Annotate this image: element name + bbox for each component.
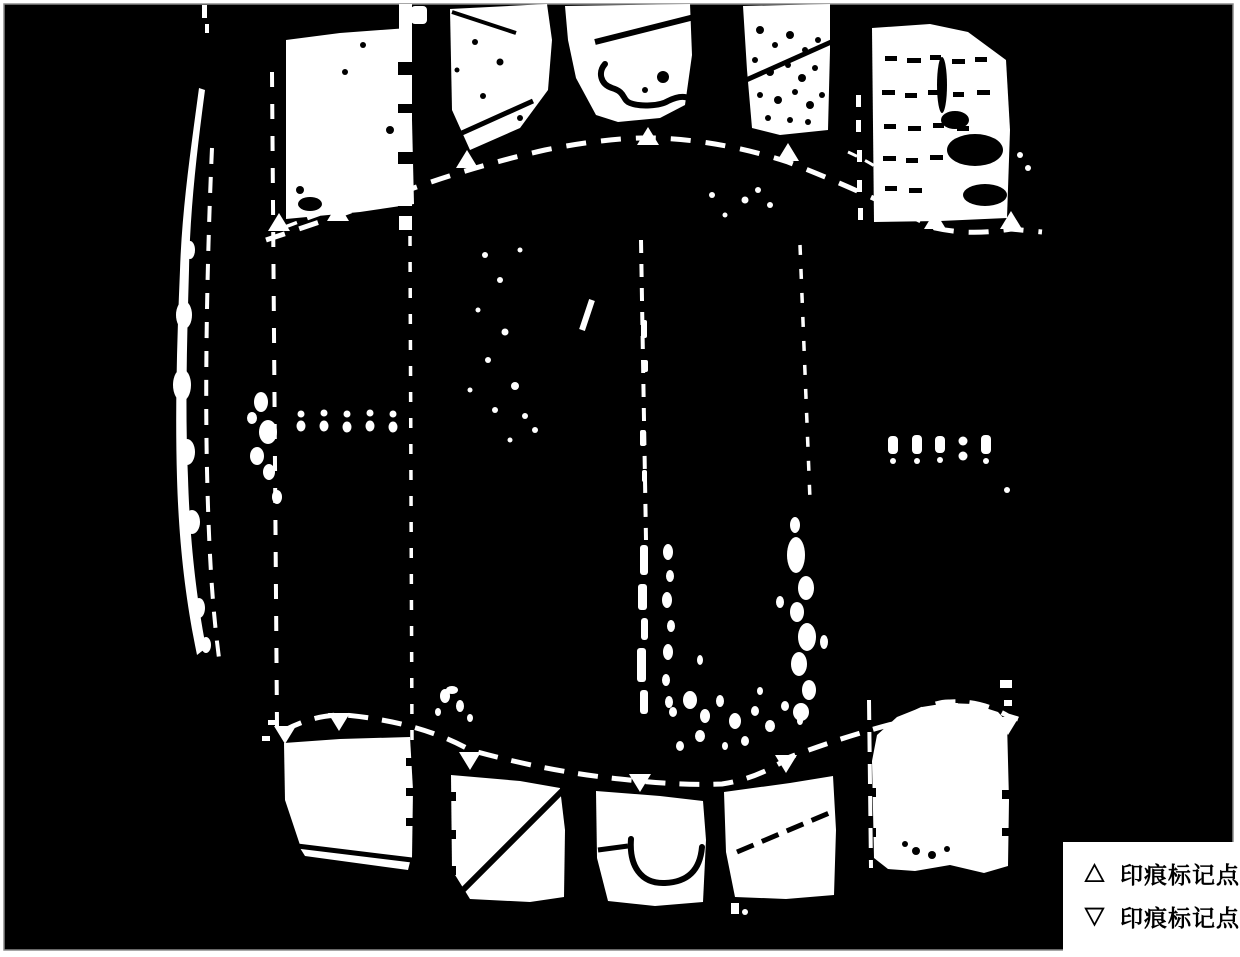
legend-label: 印痕标记点 — [1120, 900, 1240, 933]
legend-item-down: 印痕标记点 — [1063, 898, 1240, 934]
figure-canvas: 印痕标记点 印痕标记点 — [0, 0, 1240, 957]
legend: 印痕标记点 印痕标记点 — [1063, 842, 1240, 957]
legend-item-up: 印痕标记点 — [1063, 855, 1240, 891]
binarized-photo — [0, 0, 1240, 957]
legend-label: 印痕标记点 — [1120, 857, 1240, 890]
triangle-up-icon — [1083, 858, 1106, 888]
top-left-white-region — [286, 4, 427, 230]
triangle-down-icon — [1083, 901, 1106, 931]
